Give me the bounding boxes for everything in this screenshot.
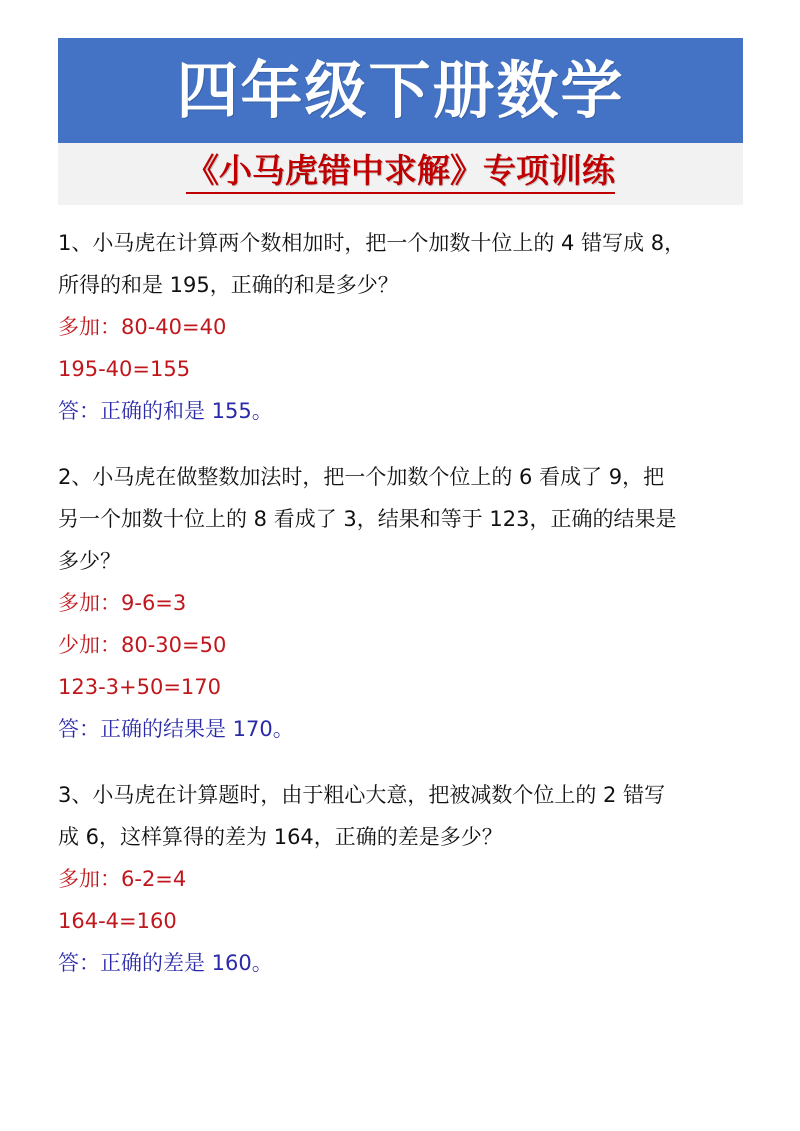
- work-line: 164-4=160: [58, 900, 748, 942]
- problem-3: 3、小马虎在计算题时，由于粗心大意，把被减数个位上的 2 错写 成 6，这样算得…: [58, 774, 748, 984]
- problem-1: 1、小马虎在计算两个数相加时，把一个加数十位上的 4 错写成 8， 所得的和是 …: [58, 222, 748, 432]
- page-subtitle: 《小马虎错中求解》专项训练: [186, 154, 615, 194]
- work-line: 多加：9-6=3: [58, 582, 748, 624]
- question-line: 所得的和是 195，正确的和是多少？: [58, 264, 748, 306]
- work-line: 少加：80-30=50: [58, 624, 748, 666]
- question-line: 另一个加数十位上的 8 看成了 3，结果和等于 123，正确的结果是: [58, 498, 748, 540]
- problem-spacer: [58, 750, 748, 774]
- question-line: 成 6，这样算得的差为 164，正确的差是多少？: [58, 816, 748, 858]
- work-line: 多加：6-2=4: [58, 858, 748, 900]
- problem-spacer: [58, 432, 748, 456]
- work-line: 多加：80-40=40: [58, 306, 748, 348]
- page-title: 四年级下册数学: [176, 60, 624, 122]
- answer-line: 答：正确的结果是 170。: [58, 708, 748, 750]
- work-line: 123-3+50=170: [58, 666, 748, 708]
- question-line: 2、小马虎在做整数加法时，把一个加数个位上的 6 看成了 9，把: [58, 456, 748, 498]
- question-line: 3、小马虎在计算题时，由于粗心大意，把被减数个位上的 2 错写: [58, 774, 748, 816]
- problem-2: 2、小马虎在做整数加法时，把一个加数个位上的 6 看成了 9，把 另一个加数十位…: [58, 456, 748, 750]
- question-line: 1、小马虎在计算两个数相加时，把一个加数十位上的 4 错写成 8，: [58, 222, 748, 264]
- answer-line: 答：正确的差是 160。: [58, 942, 748, 984]
- worksheet-header: 四年级下册数学 《小马虎错中求解》专项训练: [58, 38, 743, 205]
- problem-list: 1、小马虎在计算两个数相加时，把一个加数十位上的 4 错写成 8， 所得的和是 …: [58, 222, 748, 984]
- question-line: 多少？: [58, 540, 748, 582]
- subtitle-banner: 《小马虎错中求解》专项训练: [58, 143, 743, 205]
- work-line: 195-40=155: [58, 348, 748, 390]
- title-banner: 四年级下册数学: [58, 38, 743, 143]
- answer-line: 答：正确的和是 155。: [58, 390, 748, 432]
